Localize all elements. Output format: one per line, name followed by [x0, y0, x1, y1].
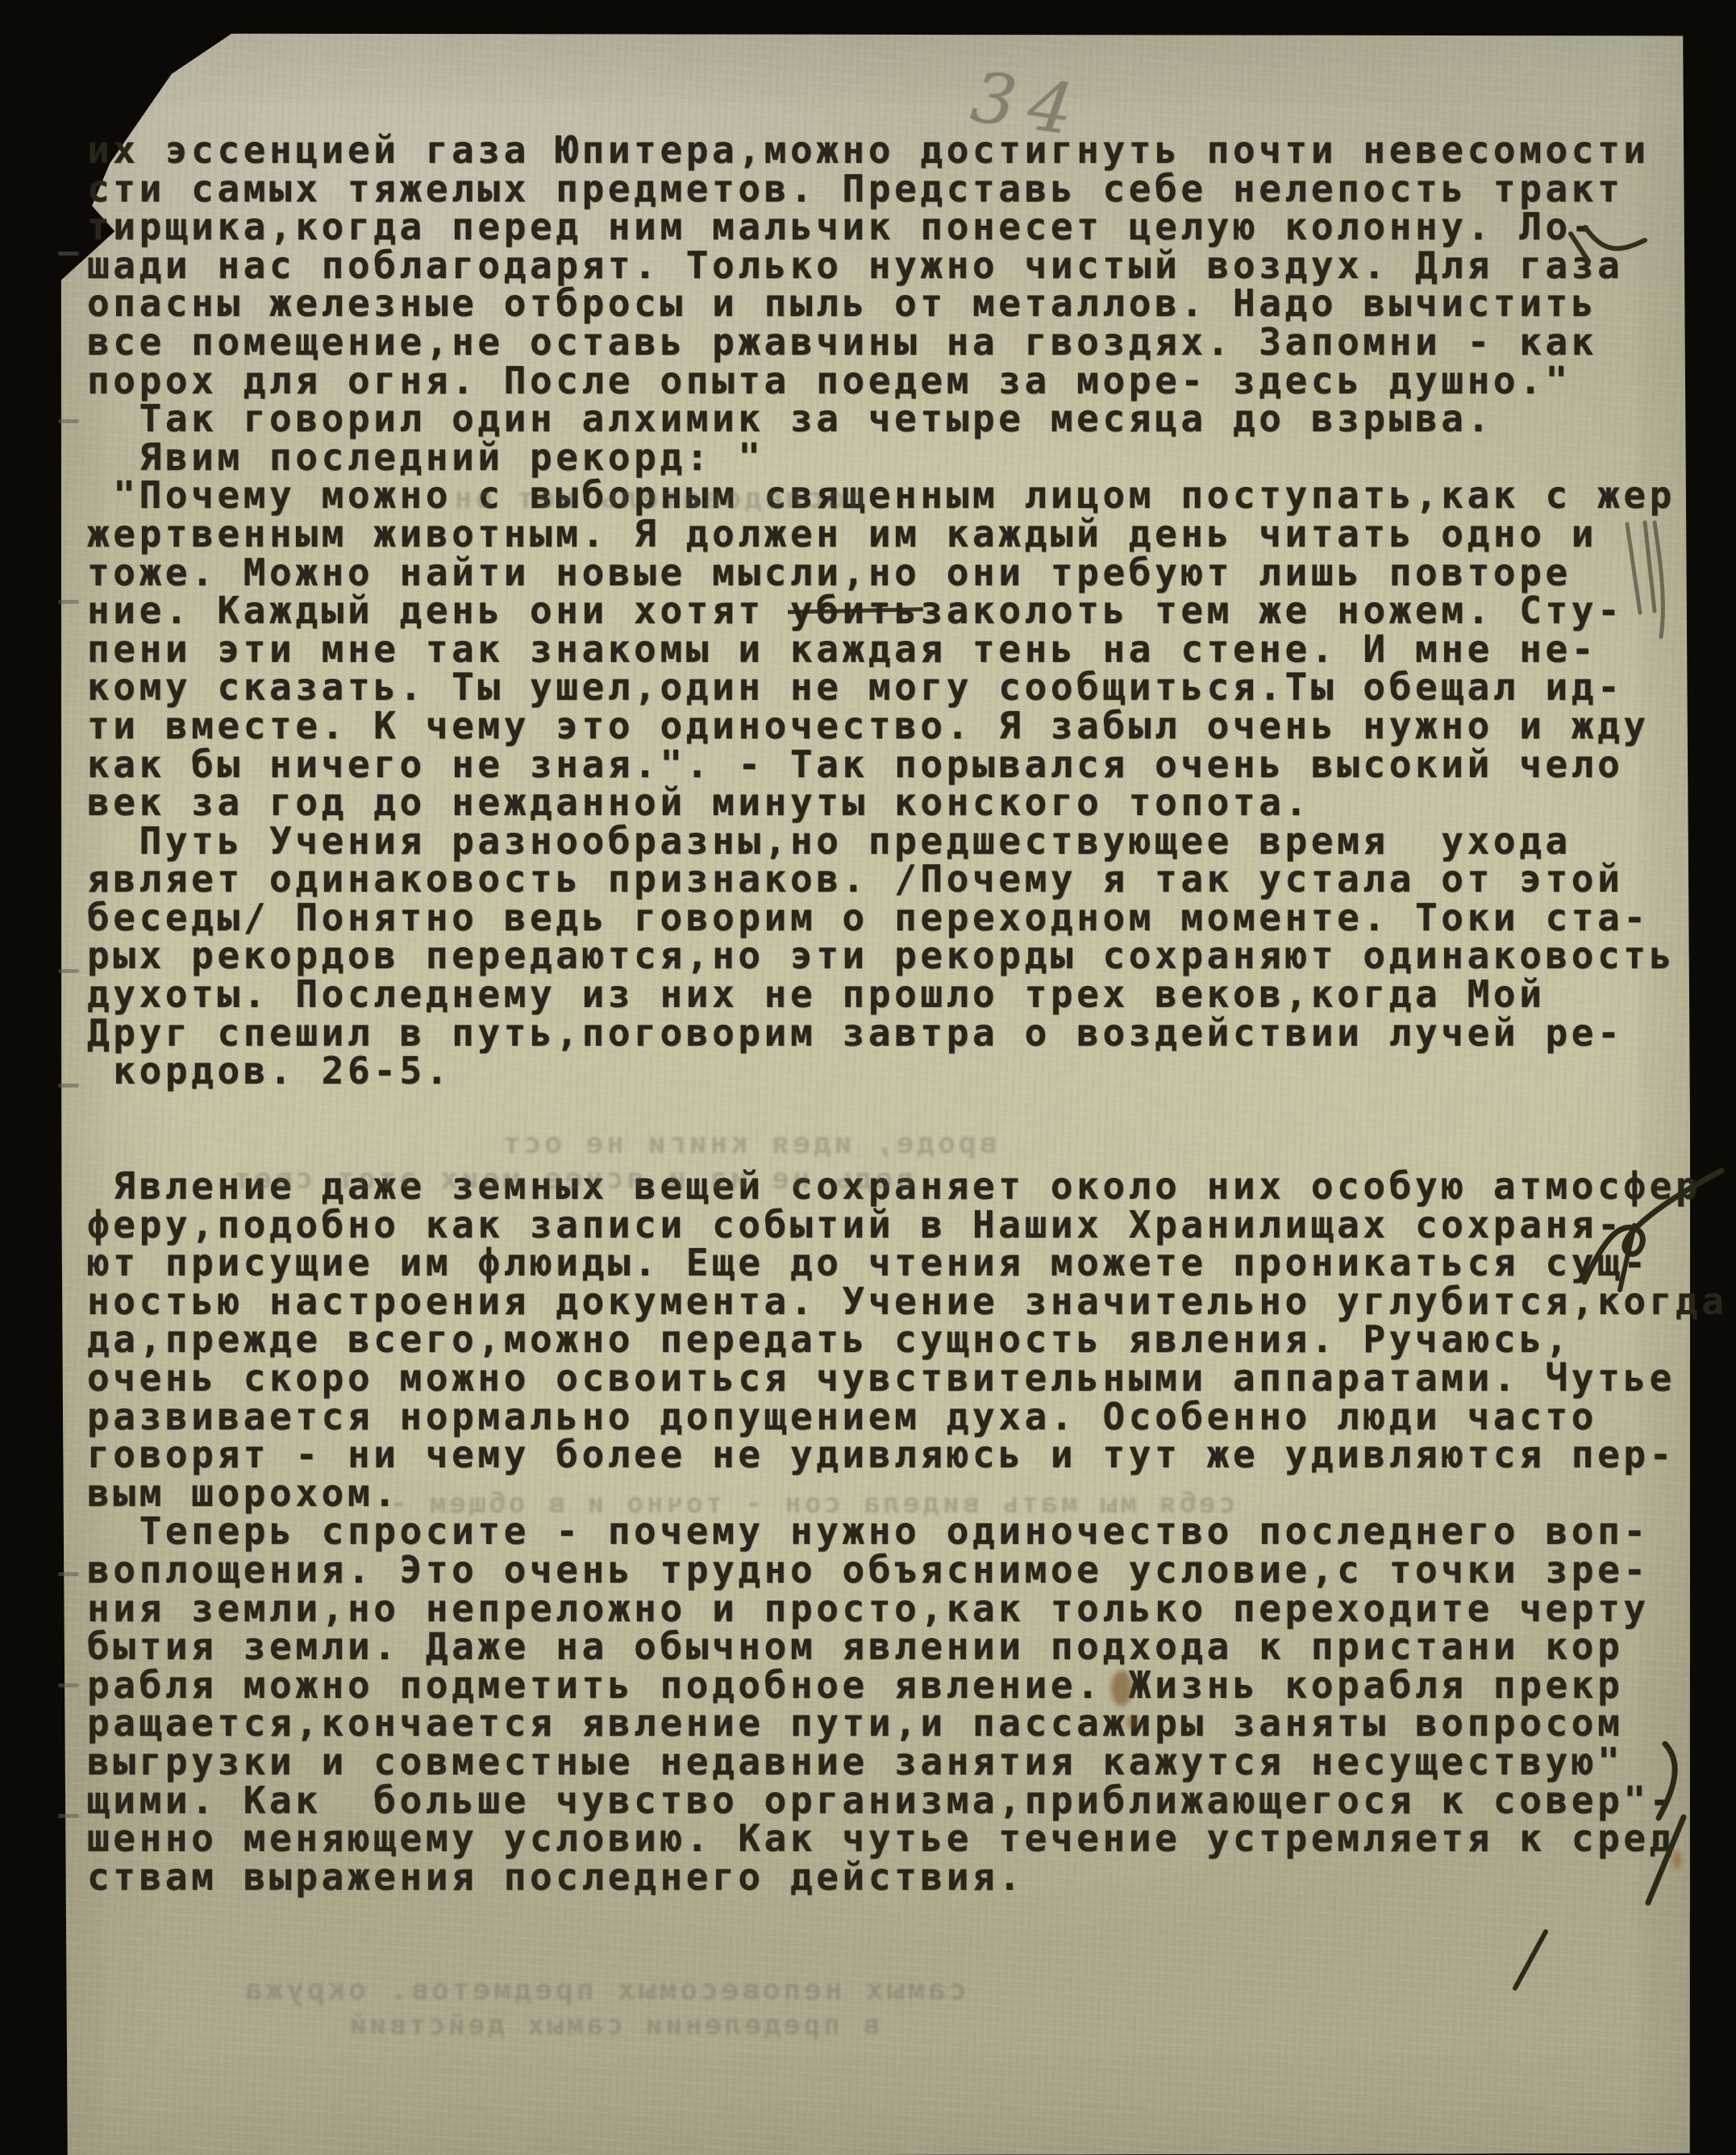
- text-line: ствам выражения последнего действия.: [87, 1858, 1708, 1897]
- pencil-dash: [58, 1572, 79, 1576]
- ink-stain: [1111, 1670, 1132, 1706]
- text-line: как бы ничего не зная.". - Так порывался…: [87, 746, 1708, 784]
- text-line: ют присущие им флюиды. Еще до чтения мож…: [87, 1244, 1708, 1283]
- pencil-dash: [58, 252, 79, 256]
- text-line: тоже. Можно найти новые мысли,но они тре…: [87, 554, 1708, 593]
- text-line: говорят - ни чему более не удивляюсь и т…: [87, 1436, 1708, 1475]
- text-line: рых рекордов передаются,но эти рекорды с…: [87, 937, 1708, 976]
- text-line: щими. Как больше чувство организма,прибл…: [87, 1782, 1708, 1820]
- edge-stain: [1672, 1851, 1682, 1869]
- text-line: Друг спешил в путь,поговорим завтра о во…: [87, 1014, 1708, 1053]
- bleedthrough-text: в пределении самых действий: [347, 2009, 880, 2041]
- text-line: все помещение,не оставь ржавчины на гвоз…: [87, 323, 1708, 362]
- pencil-dash: [58, 419, 79, 423]
- text-line: век за год до нежданной минуты конского …: [87, 784, 1708, 822]
- text-line: ния земли,но непреложно и просто,как тол…: [87, 1590, 1708, 1629]
- bleedthrough-text: ведь не из и яснее моих этот свет.: [210, 1163, 914, 1196]
- text-line: порох для огня. После опыта поедем за мо…: [87, 362, 1708, 401]
- text-line: Так говорил один алхимик за четыре месяц…: [87, 400, 1708, 439]
- text-line: бытия земли. Даже на обычном явлении под…: [87, 1628, 1708, 1666]
- bleedthrough-text: последователь нет он: [452, 482, 865, 515]
- text-line: да,прежде всего,можно передать сущность …: [87, 1321, 1708, 1359]
- pencil-dash: [58, 1683, 79, 1687]
- bleedthrough-text: самых неповесомых предметов. окружа: [242, 1974, 967, 2007]
- text-line: [87, 1091, 1708, 1130]
- pencil-dash: [58, 1814, 79, 1818]
- scanned-document-page: { "page": { "background_color": "#0b0a07…: [0, 0, 1736, 2155]
- text-line: шенно меняющему условию. Как чутье течен…: [87, 1820, 1708, 1858]
- text-line: опасны железные отбросы и пыль от металл…: [87, 285, 1708, 323]
- text-line: их эссенцией газа Юпитера,можно достигну…: [87, 131, 1708, 170]
- ink-stain-small: [1126, 1716, 1139, 1729]
- pencil-dash: [58, 600, 79, 604]
- text-line: ностью настроения документа. Учение знач…: [87, 1283, 1708, 1321]
- text-line: шади нас поблагодарят. Только нужно чист…: [87, 247, 1708, 285]
- text-line: Явим последний рекорд: ": [87, 439, 1708, 477]
- text-line: "Почему можно с выборным священным лицом…: [87, 476, 1708, 515]
- text-line: жертвенным животным. Я должен им каждый …: [87, 515, 1708, 554]
- struck-out-word: убить: [790, 589, 920, 632]
- text-line: кордов. 26-5.: [87, 1052, 1708, 1091]
- typewritten-text: их эссенцией газа Юпитера,можно достигну…: [87, 131, 1708, 1896]
- text-line: ние. Каждый день они хотят убитьзаколоть…: [87, 592, 1708, 630]
- text-line: очень скоро можно освоиться чувствительн…: [87, 1359, 1708, 1398]
- text-line: беседы/ Понятно ведь говорим о переходно…: [87, 899, 1708, 938]
- text-line: феру,подобно как записи событий в Наших …: [87, 1206, 1708, 1245]
- text-line: ращается,кончается явление пути,и пассаж…: [87, 1704, 1708, 1743]
- text-line: пени эти мне так знакомы и каждая тень н…: [87, 630, 1708, 669]
- text-line: ти вместе. К чему это одиночество. Я заб…: [87, 707, 1708, 746]
- pencil-dash: [58, 1084, 79, 1088]
- text-line: рабля можно подметить подобное явление. …: [87, 1666, 1708, 1705]
- pencil-dash: [58, 969, 79, 973]
- text-line: тирщика,когда перед ним мальчик понесет …: [87, 208, 1708, 247]
- text-line: развивается нормально допущением духа. О…: [87, 1398, 1708, 1437]
- text-line: выгрузки и совместные недавние занятия к…: [87, 1743, 1708, 1782]
- text-line: Путь Учения разнообразны,но предшествующ…: [87, 822, 1708, 861]
- text-line: воплощения. Это очень трудно объяснимое …: [87, 1551, 1708, 1590]
- text-line: сти самых тяжелых предметов. Представь с…: [87, 170, 1708, 209]
- bleedthrough-text: вроде, идея книги не ост: [500, 1127, 997, 1160]
- text-line: являет одинаковость признаков. /Почему я…: [87, 860, 1708, 899]
- text-line: кому сказать. Ты ушел,один не могу сообщ…: [87, 668, 1708, 707]
- bleedthrough-text: себя мы мать видела сон - точно и в обще…: [387, 1487, 1235, 1520]
- text-line: духоты. Последнему из них не прошло трех…: [87, 976, 1708, 1014]
